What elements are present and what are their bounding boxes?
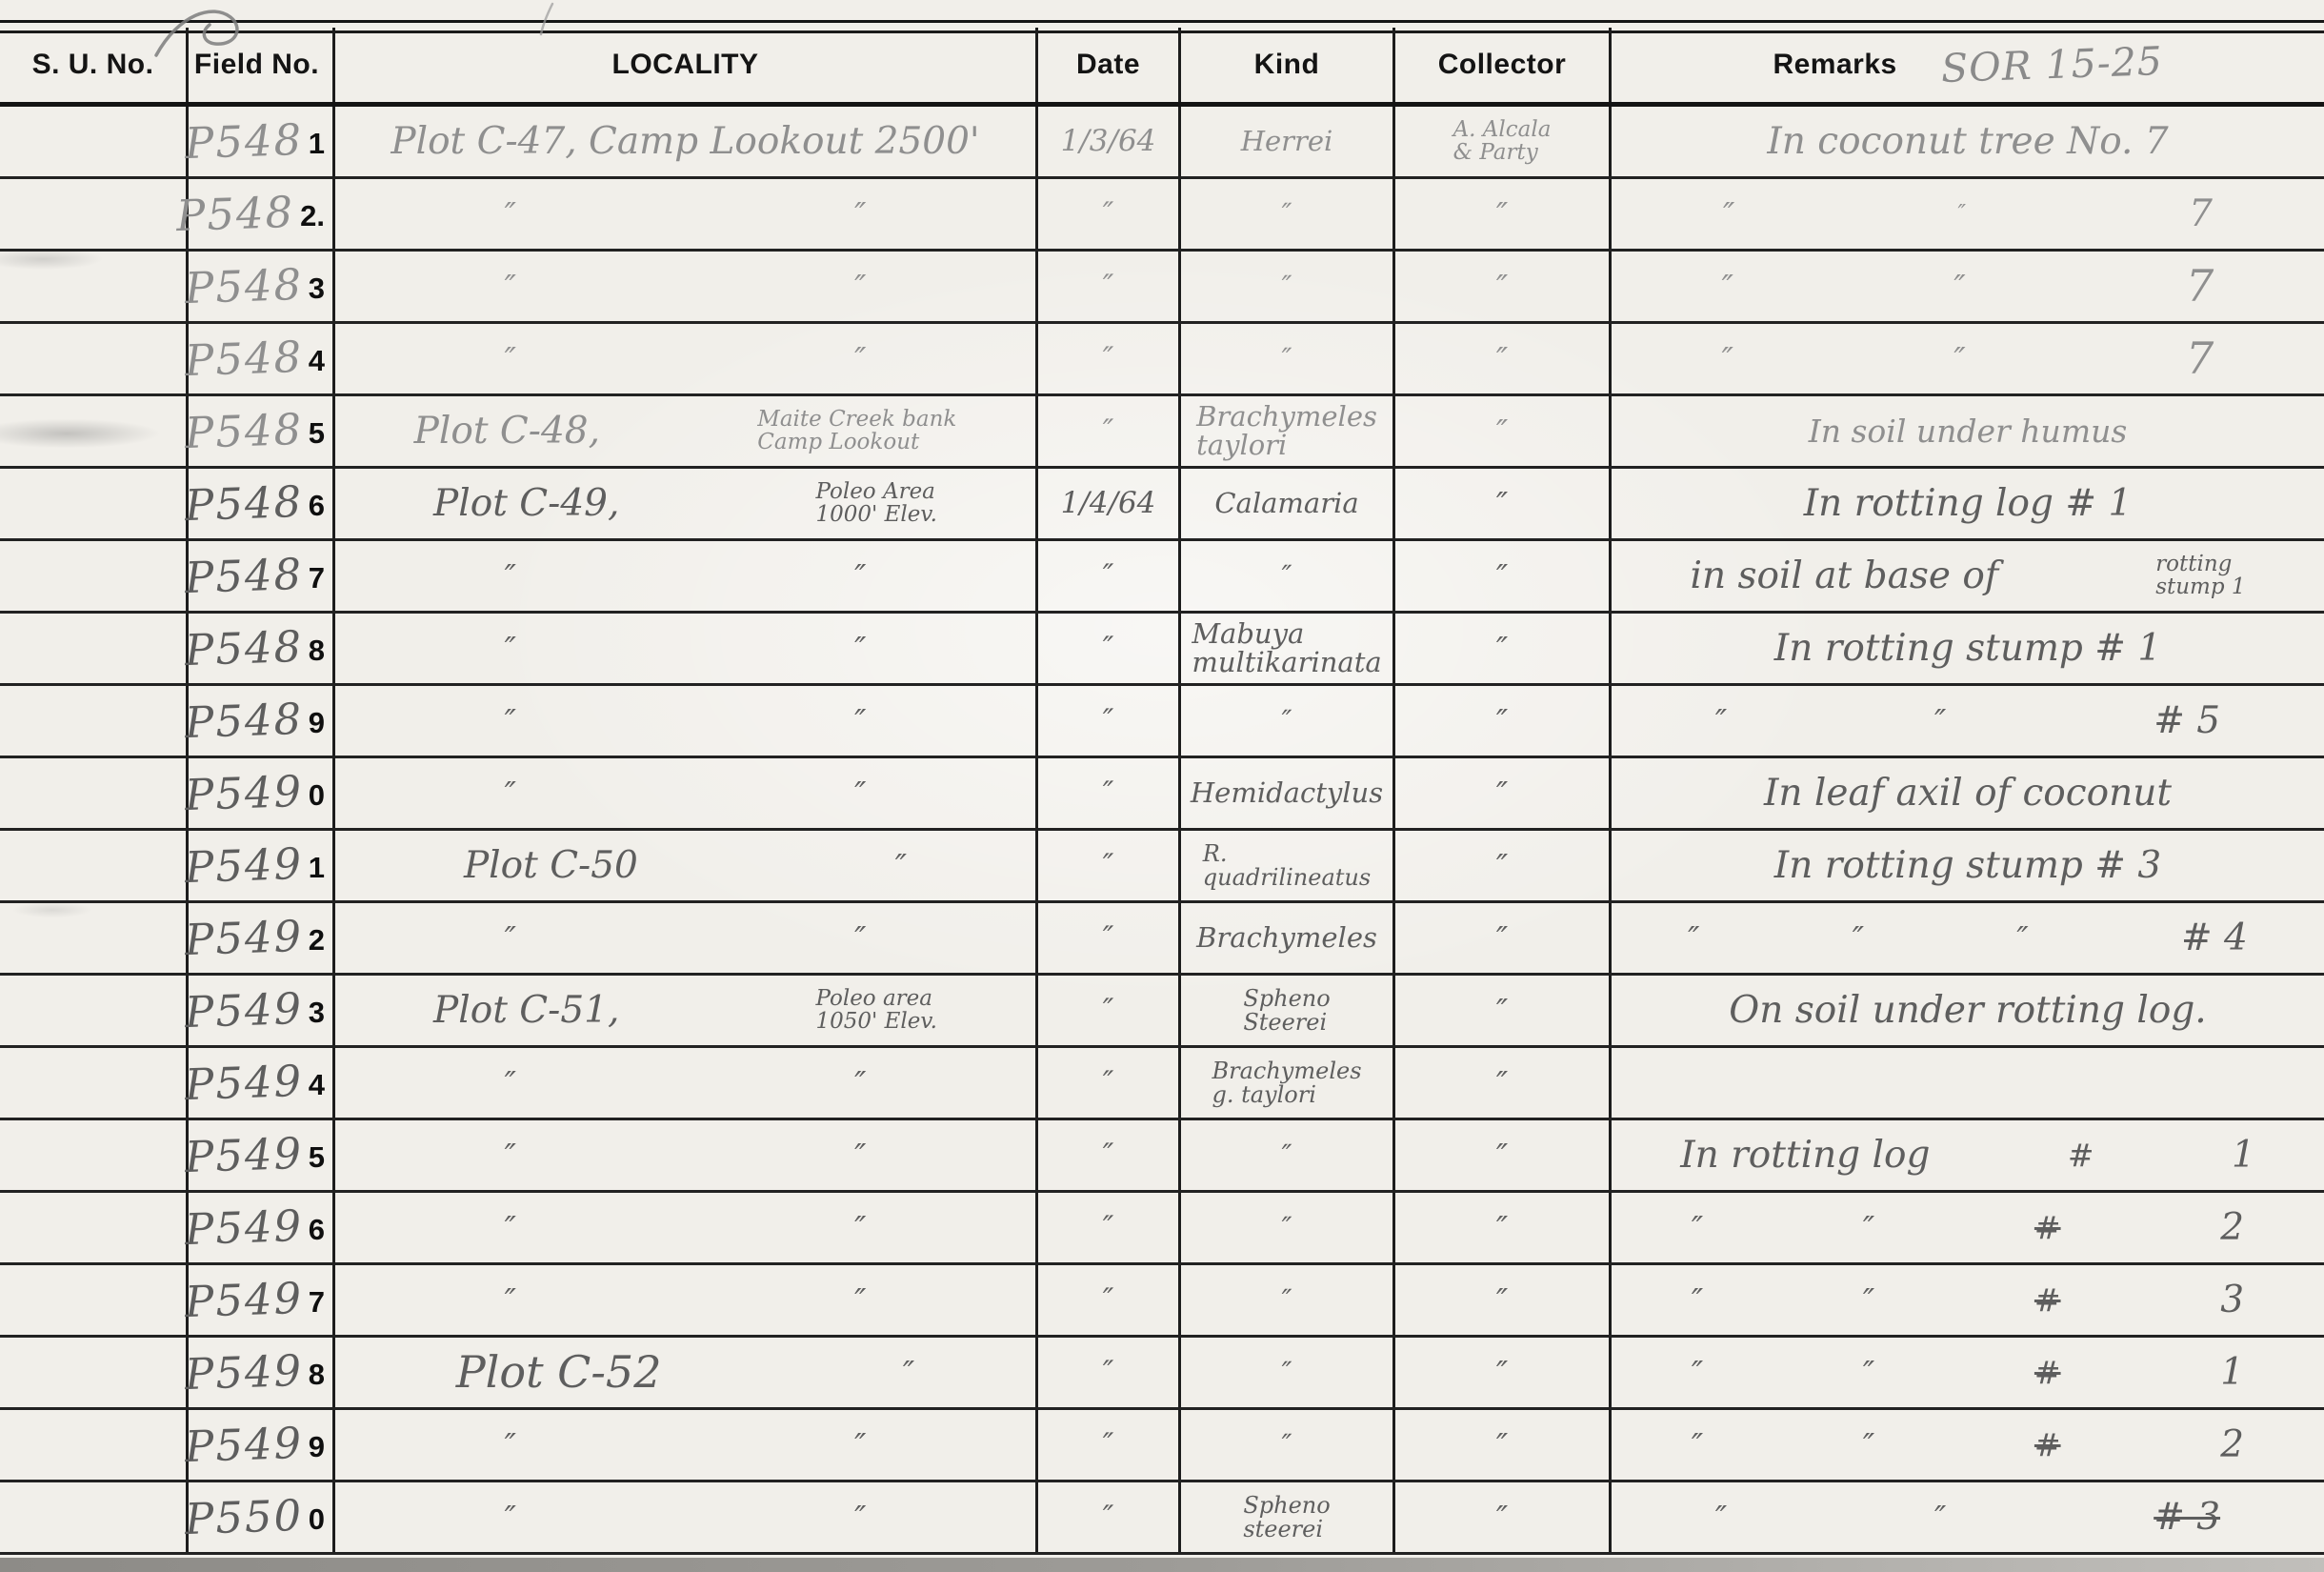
remarks-entry: 2 xyxy=(2220,1209,2244,1247)
field-no-handwritten: P550 xyxy=(184,1493,304,1541)
locality-entry: ″ xyxy=(854,198,866,231)
field-no-serial: 1 xyxy=(309,123,325,161)
cell-locality: ″″ xyxy=(335,903,1038,973)
collector-entry: ″ xyxy=(1496,633,1508,665)
cell-date: ″ xyxy=(1038,1193,1181,1262)
date-entry: ″ xyxy=(1103,634,1114,664)
date-entry: ″ xyxy=(1103,1213,1114,1243)
cell-date: ″ xyxy=(1038,541,1181,611)
remarks-entry: In rotting stump # 1 xyxy=(1774,630,2161,668)
cell-collector: ″ xyxy=(1395,976,1612,1045)
collector-entry: ″ xyxy=(1496,922,1508,955)
remarks-entry: ″ xyxy=(1722,343,1733,375)
cell-date: ″ xyxy=(1038,324,1181,393)
cell-field-no: P549 3 xyxy=(189,976,335,1045)
kind-entry: R. quadrilineatus xyxy=(1203,842,1371,889)
cell-remarks: In rotting log # 1 xyxy=(1612,469,2324,538)
cell-kind: ″ xyxy=(1181,252,1395,321)
kind-entry: ″ xyxy=(1282,1141,1292,1170)
cell-date: ″ xyxy=(1038,976,1181,1045)
ledger-page: S. U. No. Field No. LOCALITY Date Kind C… xyxy=(0,0,2324,1572)
cell-kind: ″ xyxy=(1181,179,1395,249)
cell-locality: Plot C-48,Maite Creek bank Camp Lookout xyxy=(335,396,1038,466)
date-entry: ″ xyxy=(1103,996,1114,1026)
field-no-serial: 2. xyxy=(300,195,325,233)
field-no-serial: 7 xyxy=(309,557,325,595)
collector-entry: ″ xyxy=(1496,343,1508,375)
locality-entry: ″ xyxy=(854,777,866,810)
locality-entry: ″ xyxy=(505,1429,516,1461)
table-row: P548 4 ″″ ″ ″ ″ ″″7 xyxy=(0,324,2324,396)
date-entry: ″ xyxy=(1103,1068,1114,1098)
remarks-entry: 7 xyxy=(2189,195,2213,233)
collector-entry: ″ xyxy=(1496,1212,1508,1244)
table-row: P549 0 ″″ ″ Hemidactylus ″ In leaf axil … xyxy=(0,758,2324,831)
kind-entry: ″ xyxy=(1282,272,1292,301)
table-row: P549 7 ″″ ″ ″ ″ ″″#3 xyxy=(0,1265,2324,1338)
cell-kind: Spheno Steerei xyxy=(1181,976,1395,1045)
cell-collector: ″ xyxy=(1395,541,1612,611)
cell-field-no: P549 6 xyxy=(189,1193,335,1262)
remarks-entry: ″ xyxy=(1692,1212,1703,1244)
kind-entry: Spheno Steerei xyxy=(1243,987,1330,1034)
field-no-serial: 9 xyxy=(309,1426,325,1464)
field-no-handwritten: P548 xyxy=(184,407,304,454)
cell-remarks: ″″#1 xyxy=(1612,1338,2324,1407)
cell-su-no xyxy=(0,469,189,538)
date-entry: ″ xyxy=(1103,1285,1114,1316)
table-row: P550 0 ″″ ″ Spheno steerei ″ ″″# 3 xyxy=(0,1482,2324,1555)
cell-su-no xyxy=(0,758,189,828)
cell-field-no: P548 8 xyxy=(189,614,335,683)
cell-remarks: In leaf axil of coconut xyxy=(1612,758,2324,828)
remarks-entry: # xyxy=(2068,1139,2094,1172)
cell-locality: ″″ xyxy=(335,758,1038,828)
table-row: P548 5 Plot C-48,Maite Creek bank Camp L… xyxy=(0,396,2324,469)
remarks-annotation: SOR 15-25 xyxy=(1940,38,2163,91)
collector-entry: ″ xyxy=(1496,1139,1508,1172)
field-no-handwritten: P548 xyxy=(184,262,304,310)
field-no-handwritten: P548 xyxy=(184,117,304,165)
cell-date: ″ xyxy=(1038,831,1181,900)
cell-collector: ″ xyxy=(1395,614,1612,683)
cell-su-no xyxy=(0,396,189,466)
locality-entry: ″ xyxy=(854,271,866,303)
remarks-entry: On soil under rotting log. xyxy=(1729,992,2206,1030)
cell-field-no: P549 1 xyxy=(189,831,335,900)
cell-su-no xyxy=(0,1193,189,1262)
locality-entry: ″ xyxy=(854,1212,866,1244)
cell-su-no xyxy=(0,1338,189,1407)
remarks-entry: ″ xyxy=(1863,1212,1874,1244)
remarks-entry: 2 xyxy=(2220,1426,2244,1464)
date-entry: 1/4/64 xyxy=(1061,489,1156,519)
remarks-entry: ″ xyxy=(1722,271,1733,303)
cell-field-no: P549 0 xyxy=(189,758,335,828)
kind-entry: Calamaria xyxy=(1214,490,1358,518)
cell-remarks: In rotting stump # 1 xyxy=(1612,614,2324,683)
collector-entry: ″ xyxy=(1496,1429,1508,1461)
remarks-entry: # 3 xyxy=(2154,1499,2220,1537)
kind-entry: ″ xyxy=(1282,200,1292,229)
cell-collector: ″ xyxy=(1395,252,1612,321)
remarks-entry: ″ xyxy=(1723,198,1734,231)
locality-entry: ″ xyxy=(505,1067,516,1099)
date-entry: ″ xyxy=(1103,199,1114,230)
remarks-entry: 1 xyxy=(2220,1354,2244,1392)
cell-remarks: ″″7 xyxy=(1612,179,2324,249)
field-no-handwritten: P549 xyxy=(184,769,304,816)
cell-collector: ″ xyxy=(1395,686,1612,756)
cell-kind: ″ xyxy=(1181,1120,1395,1190)
cell-field-no: P549 8 xyxy=(189,1338,335,1407)
collector-entry: ″ xyxy=(1496,488,1508,520)
collector-entry: ″ xyxy=(1496,1357,1508,1389)
date-entry: ″ xyxy=(1103,344,1114,374)
cell-kind: Calamaria xyxy=(1181,469,1395,538)
table-row: P549 8 Plot C-52″ ″ ″ ″ ″″#1 xyxy=(0,1338,2324,1410)
locality-entry: Plot C-49, xyxy=(433,485,619,523)
locality-entry: ″ xyxy=(854,1139,866,1172)
kind-entry: Hemidactylus xyxy=(1191,779,1383,808)
locality-entry: Plot C-48, xyxy=(414,413,600,451)
kind-entry: ″ xyxy=(1282,562,1292,591)
cell-field-no: P549 2 xyxy=(189,903,335,973)
cell-collector: ″ xyxy=(1395,1410,1612,1480)
locality-entry: ″ xyxy=(505,705,516,737)
remarks-entry: ″ xyxy=(1953,343,1965,375)
collector-entry: ″ xyxy=(1496,560,1508,593)
table-row: P548 1 Plot C-47, Camp Lookout 2500' 1/3… xyxy=(0,107,2324,179)
pencil-tick-mark xyxy=(533,0,562,38)
header-kind: Kind xyxy=(1181,28,1395,102)
kind-entry: Mabuya multikarinata xyxy=(1192,620,1381,676)
cell-kind: ″ xyxy=(1181,686,1395,756)
date-entry: 1/3/64 xyxy=(1061,127,1156,157)
remarks-entry: ″ xyxy=(1715,705,1727,737)
cell-remarks: In rotting log#1 xyxy=(1612,1120,2324,1190)
locality-entry: ″ xyxy=(505,271,516,303)
cell-field-no: P548 9 xyxy=(189,686,335,756)
cell-collector: A. Alcala & Party xyxy=(1395,107,1612,176)
remarks-entry: In rotting stump # 3 xyxy=(1774,847,2161,885)
locality-entry: ″ xyxy=(505,1139,516,1172)
locality-entry: Plot C-52 xyxy=(456,1350,662,1395)
locality-entry: ″ xyxy=(854,1284,866,1317)
locality-entry: ″ xyxy=(505,633,516,665)
locality-entry: Plot C-51, xyxy=(433,992,619,1030)
cell-date: ″ xyxy=(1038,758,1181,828)
locality-entry: ″ xyxy=(505,1501,516,1534)
cell-remarks: In rotting stump # 3 xyxy=(1612,831,2324,900)
cell-locality: Plot C-51,Poleo area 1050' Elev. xyxy=(335,976,1038,1045)
cell-locality: ″″ xyxy=(335,252,1038,321)
kind-entry: Brachymeles taylori xyxy=(1196,403,1377,459)
kind-entry: ″ xyxy=(1282,1431,1292,1460)
locality-entry: ″ xyxy=(505,198,516,231)
date-entry: ″ xyxy=(1103,706,1114,736)
field-no-serial: 0 xyxy=(309,1499,325,1537)
table-row: P549 4 ″″ ″ Brachymeles g. taylori ″ xyxy=(0,1048,2324,1120)
kind-entry: ″ xyxy=(1282,1214,1292,1242)
date-entry: ″ xyxy=(1103,923,1114,954)
collector-entry: ″ xyxy=(1496,198,1508,231)
collector-entry: A. Alcala & Party xyxy=(1453,119,1552,164)
cell-collector: ″ xyxy=(1395,1193,1612,1262)
cell-field-no: P549 7 xyxy=(189,1265,335,1335)
cell-su-no xyxy=(0,1120,189,1190)
cell-kind: Brachymeles xyxy=(1181,903,1395,973)
field-no-handwritten: P548 xyxy=(184,624,304,672)
table-row: P548 3 ″″ ″ ″ ″ ″″7 xyxy=(0,252,2324,324)
table-row: P548 2. ″″ ″ ″ ″ ″″7 xyxy=(0,179,2324,252)
collector-entry: ″ xyxy=(1496,705,1508,737)
field-no-serial: 1 xyxy=(309,847,325,885)
cell-collector: ″ xyxy=(1395,1338,1612,1407)
cell-date: ″ xyxy=(1038,686,1181,756)
cell-locality: ″″ xyxy=(335,1265,1038,1335)
cell-locality: ″″ xyxy=(335,541,1038,611)
cell-locality: ″″ xyxy=(335,1193,1038,1262)
cell-date: ″ xyxy=(1038,1482,1181,1552)
locality-entry: ″ xyxy=(505,1212,516,1244)
cell-field-no: P548 3 xyxy=(189,252,335,321)
field-no-handwritten: P549 xyxy=(184,1348,304,1396)
cell-kind: ″ xyxy=(1181,541,1395,611)
kind-entry: Brachymeles xyxy=(1196,924,1377,953)
remarks-entry: ″ xyxy=(1934,705,1946,737)
cell-date: ″ xyxy=(1038,1120,1181,1190)
cell-field-no: P548 6 xyxy=(189,469,335,538)
pencil-mark xyxy=(143,0,305,59)
locality-entry: ″ xyxy=(854,560,866,593)
ledger-rows: P548 1 Plot C-47, Camp Lookout 2500' 1/3… xyxy=(0,107,2324,1555)
date-entry: ″ xyxy=(1103,561,1114,592)
kind-entry: ″ xyxy=(1282,707,1292,736)
field-no-serial: 5 xyxy=(309,413,325,451)
cell-field-no: P548 7 xyxy=(189,541,335,611)
header-remarks-label: Remarks xyxy=(1773,49,1896,81)
cell-locality: Plot C-47, Camp Lookout 2500' xyxy=(335,107,1038,176)
remarks-entry: # xyxy=(2034,1284,2061,1317)
cell-kind: Mabuya multikarinata xyxy=(1181,614,1395,683)
cell-kind: Brachymeles taylori xyxy=(1181,396,1395,466)
remarks-entry: 7 xyxy=(2186,264,2214,309)
field-no-handwritten: P548 xyxy=(184,696,304,744)
collector-entry: ″ xyxy=(1496,850,1508,882)
cell-remarks: in soil at base ofrotting stump 1 xyxy=(1612,541,2324,611)
field-no-handwritten: P549 xyxy=(184,986,304,1034)
cell-su-no xyxy=(0,976,189,1045)
cell-locality: Plot C-49,Poleo Area 1000' Elev. xyxy=(335,469,1038,538)
remarks-entry: 1 xyxy=(2232,1137,2255,1175)
cell-locality: ″″ xyxy=(335,179,1038,249)
cell-date: ″ xyxy=(1038,1265,1181,1335)
cell-kind: Brachymeles g. taylori xyxy=(1181,1048,1395,1118)
table-row: P549 2 ″″ ″ Brachymeles ″ ″″″# 4 xyxy=(0,903,2324,976)
field-no-handwritten: P549 xyxy=(184,1276,304,1323)
cell-collector: ″ xyxy=(1395,1265,1612,1335)
locality-entry: ″ xyxy=(505,922,516,955)
remarks-entry: # 5 xyxy=(2154,702,2220,740)
locality-entry: Poleo area 1050' Elev. xyxy=(815,988,937,1033)
date-entry: ″ xyxy=(1103,778,1114,809)
table-row: P549 6 ″″ ″ ″ ″ ″″#2 xyxy=(0,1193,2324,1265)
collector-entry: ″ xyxy=(1496,777,1508,810)
collector-entry: ″ xyxy=(1496,1067,1508,1099)
cell-kind: Hemidactylus xyxy=(1181,758,1395,828)
table-row: P549 3 Plot C-51,Poleo area 1050' Elev. … xyxy=(0,976,2324,1048)
remarks-entry: # 4 xyxy=(2181,919,2248,957)
cell-collector: ″ xyxy=(1395,1048,1612,1118)
remarks-entry: In coconut tree No. 7 xyxy=(1767,123,2168,161)
field-no-serial: 3 xyxy=(309,268,325,306)
cell-kind: ″ xyxy=(1181,1338,1395,1407)
field-no-serial: 6 xyxy=(309,1209,325,1247)
locality-entry: ″ xyxy=(505,560,516,593)
table-row: P549 5 ″″ ″ ″ ″ In rotting log#1 xyxy=(0,1120,2324,1193)
cell-remarks xyxy=(1612,1048,2324,1118)
cell-locality: ″″ xyxy=(335,324,1038,393)
locality-entry: ″ xyxy=(505,777,516,810)
cell-date: 1/3/64 xyxy=(1038,107,1181,176)
collector-entry: ″ xyxy=(1496,995,1508,1027)
cell-date: ″ xyxy=(1038,614,1181,683)
cell-su-no xyxy=(0,831,189,900)
cell-su-no xyxy=(0,252,189,321)
cell-field-no: P550 0 xyxy=(189,1482,335,1552)
cell-kind: ″ xyxy=(1181,324,1395,393)
kind-entry: ″ xyxy=(1282,1359,1292,1387)
date-entry: ″ xyxy=(1103,851,1114,881)
cell-field-no: P549 5 xyxy=(189,1120,335,1190)
remarks-entry: ″ xyxy=(1953,271,1965,303)
ledger-table: S. U. No. Field No. LOCALITY Date Kind C… xyxy=(0,28,2324,1555)
cell-remarks: On soil under rotting log. xyxy=(1612,976,2324,1045)
remarks-entry: ″ xyxy=(1934,1501,1946,1534)
cell-date: ″ xyxy=(1038,396,1181,466)
cell-collector: ″ xyxy=(1395,831,1612,900)
cell-collector: ″ xyxy=(1395,758,1612,828)
kind-entry: Herrei xyxy=(1241,128,1333,156)
cell-remarks: ″″# 3 xyxy=(1612,1482,2324,1552)
cell-collector: ″ xyxy=(1395,396,1612,466)
collector-entry: ″ xyxy=(1496,271,1508,303)
cell-locality: ″″ xyxy=(335,1120,1038,1190)
field-no-handwritten: P549 xyxy=(184,1131,304,1179)
scan-bottom-edge xyxy=(0,1558,2324,1572)
cell-su-no xyxy=(0,541,189,611)
cell-remarks: ″″7 xyxy=(1612,252,2324,321)
remarks-entry: 7 xyxy=(2186,336,2214,381)
remarks-entry: In rotting log xyxy=(1680,1137,1930,1175)
locality-entry: Plot C-47, Camp Lookout 2500' xyxy=(391,123,979,161)
header-date: Date xyxy=(1038,28,1181,102)
remarks-entry: rotting stump 1 xyxy=(2155,554,2245,598)
remarks-entry: ″ xyxy=(1863,1284,1874,1317)
field-no-serial: 5 xyxy=(309,1137,325,1175)
collector-entry: ″ xyxy=(1496,1284,1508,1317)
cell-locality: ″″ xyxy=(335,1410,1038,1480)
field-no-serial: 3 xyxy=(309,992,325,1030)
cell-su-no xyxy=(0,1048,189,1118)
cell-field-no: P549 9 xyxy=(189,1410,335,1480)
remarks-entry: ″ xyxy=(1863,1357,1874,1389)
cell-su-no xyxy=(0,107,189,176)
cell-su-no xyxy=(0,324,189,393)
field-no-serial: 8 xyxy=(309,630,325,668)
field-no-serial: 0 xyxy=(309,775,325,813)
header-row: S. U. No. Field No. LOCALITY Date Kind C… xyxy=(0,28,2324,107)
cell-collector: ″ xyxy=(1395,903,1612,973)
field-no-serial: 9 xyxy=(309,702,325,740)
field-no-handwritten: P549 xyxy=(184,1421,304,1468)
table-row: P549 9 ″″ ″ ″ ″ ″″#2 xyxy=(0,1410,2324,1482)
locality-entry: ″ xyxy=(895,850,907,882)
remarks-entry: # xyxy=(2034,1357,2061,1389)
remarks-entry: ″ xyxy=(1715,1501,1727,1534)
cell-su-no xyxy=(0,1482,189,1552)
field-no-handwritten: P549 xyxy=(184,841,304,889)
cell-collector: ″ xyxy=(1395,179,1612,249)
remarks-entry: # xyxy=(2034,1429,2061,1461)
remarks-entry: ″ xyxy=(1692,1357,1703,1389)
locality-entry: ″ xyxy=(505,343,516,375)
field-no-handwritten: P549 xyxy=(184,1203,304,1251)
cell-locality: ″″ xyxy=(335,1048,1038,1118)
kind-entry: ″ xyxy=(1282,345,1292,373)
field-no-handwritten: P549 xyxy=(184,914,304,961)
cell-kind: R. quadrilineatus xyxy=(1181,831,1395,900)
locality-entry: Plot C-50 xyxy=(464,847,638,885)
remarks-entry: ″ xyxy=(1692,1429,1703,1461)
cell-collector: ″ xyxy=(1395,1482,1612,1552)
cell-locality: ″″ xyxy=(335,1482,1038,1552)
field-no-handwritten: P548 xyxy=(184,334,304,382)
locality-entry: ″ xyxy=(854,922,866,955)
cell-date: ″ xyxy=(1038,252,1181,321)
cell-locality: Plot C-52″ xyxy=(335,1338,1038,1407)
cell-remarks: In coconut tree No. 7 xyxy=(1612,107,2324,176)
cell-locality: ″″ xyxy=(335,686,1038,756)
date-entry: ″ xyxy=(1103,272,1114,302)
date-entry: ″ xyxy=(1103,1502,1114,1533)
field-no-serial: 8 xyxy=(309,1354,325,1392)
remarks-entry: in soil at base of xyxy=(1690,557,1998,595)
locality-entry: ″ xyxy=(854,633,866,665)
header-collector: Collector xyxy=(1395,28,1612,102)
locality-entry: Maite Creek bank Camp Lookout xyxy=(757,409,956,453)
remarks-entry: # xyxy=(2034,1212,2061,1244)
table-row: P549 1 Plot C-50″ ″ R. quadrilineatus ″ … xyxy=(0,831,2324,903)
cell-field-no: P548 1 xyxy=(189,107,335,176)
table-row: P548 7 ″″ ″ ″ ″ in soil at base ofrottin… xyxy=(0,541,2324,614)
remarks-entry: ″ xyxy=(2016,922,2028,955)
cell-field-no: P548 5 xyxy=(189,396,335,466)
field-no-serial: 6 xyxy=(309,485,325,523)
locality-entry: ″ xyxy=(854,705,866,737)
cell-kind: Spheno steerei xyxy=(1181,1482,1395,1552)
cell-kind: Herrei xyxy=(1181,107,1395,176)
locality-entry: ″ xyxy=(903,1357,914,1389)
cell-collector: ″ xyxy=(1395,324,1612,393)
kind-entry: Brachymeles g. taylori xyxy=(1212,1059,1361,1106)
cell-su-no xyxy=(0,1265,189,1335)
cell-su-no xyxy=(0,1410,189,1480)
field-no-serial: 4 xyxy=(309,340,325,378)
cell-date: ″ xyxy=(1038,1410,1181,1480)
cell-su-no xyxy=(0,686,189,756)
